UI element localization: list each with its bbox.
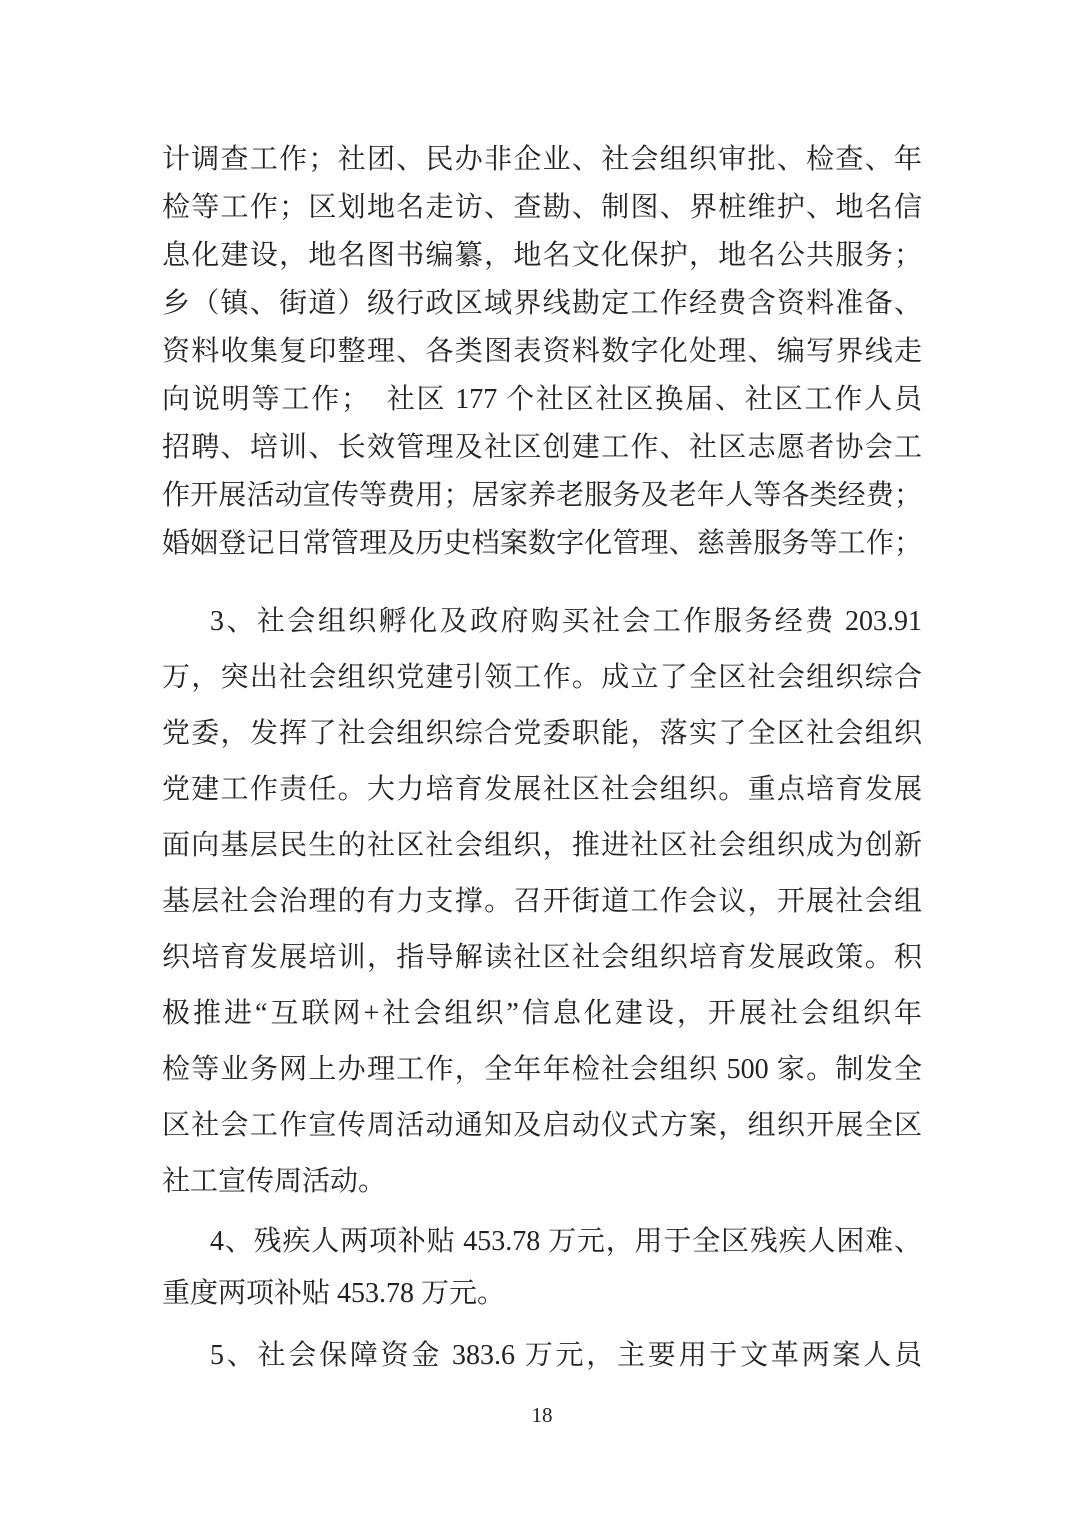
text-line: 向说明等工作； 社区 177 个社区社区换届、社区工作人员 bbox=[162, 376, 922, 424]
text-line: 织培育发展培训，指导解读社区社会组织培育发展政策。积 bbox=[162, 930, 922, 986]
page-number: 18 bbox=[162, 1402, 922, 1428]
text-line: 检等工作；区划地名走访、查勘、制图、界桩维护、地名信 bbox=[162, 184, 922, 232]
text-line: 3、社会组织孵化及政府购买社会工作服务经费 203.91 bbox=[162, 594, 922, 650]
paragraph: 5、社会保障资金 383.6 万元，主要用于文革两案人员 bbox=[162, 1330, 922, 1382]
text-line: 党建工作责任。大力培育发展社区社会组织。重点培育发展 bbox=[162, 762, 922, 818]
text-line: 万，突出社会组织党建引领工作。成立了全区社会组织综合 bbox=[162, 650, 922, 706]
text-line: 4、残疾人两项补贴 453.78 万元，用于全区残疾人困难、 bbox=[162, 1216, 922, 1268]
paragraph: 4、残疾人两项补贴 453.78 万元，用于全区残疾人困难、重度两项补贴 453… bbox=[162, 1216, 922, 1320]
text-line: 婚姻登记日常管理及历史档案数字化管理、慈善服务等工作； bbox=[162, 520, 922, 568]
document-body: 计调查工作；社团、民办非企业、社会组织审批、检查、年检等工作；区划地名走访、查勘… bbox=[162, 136, 922, 1382]
text-line: 作开展活动宣传等费用；居家养老服务及老年人等各类经费； bbox=[162, 472, 922, 520]
paragraph: 3、社会组织孵化及政府购买社会工作服务经费 203.91万，突出社会组织党建引领… bbox=[162, 594, 922, 1210]
text-line: 乡（镇、街道）级行政区域界线勘定工作经费含资料准备、 bbox=[162, 280, 922, 328]
text-line: 5、社会保障资金 383.6 万元，主要用于文革两案人员 bbox=[162, 1330, 922, 1382]
paragraph: 计调查工作；社团、民办非企业、社会组织审批、检查、年检等工作；区划地名走访、查勘… bbox=[162, 136, 922, 568]
text-line: 息化建设，地名图书编纂，地名文化保护，地名公共服务； bbox=[162, 232, 922, 280]
document-page: 计调查工作；社团、民办非企业、社会组织审批、检查、年检等工作；区划地名走访、查勘… bbox=[0, 0, 1074, 1520]
text-line: 检等业务网上办理工作，全年年检社会组织 500 家。制发全 bbox=[162, 1042, 922, 1098]
text-line: 面向基层民生的社区社会组织，推进社区社会组织成为创新 bbox=[162, 818, 922, 874]
text-line: 区社会工作宣传周活动通知及启动仪式方案，组织开展全区 bbox=[162, 1098, 922, 1154]
text-line: 招聘、培训、长效管理及社区创建工作、社区志愿者协会工 bbox=[162, 424, 922, 472]
text-line: 重度两项补贴 453.78 万元。 bbox=[162, 1268, 922, 1320]
text-line: 社工宣传周活动。 bbox=[162, 1154, 922, 1210]
text-line: 计调查工作；社团、民办非企业、社会组织审批、检查、年 bbox=[162, 136, 922, 184]
text-line: 基层社会治理的有力支撑。召开街道工作会议，开展社会组 bbox=[162, 874, 922, 930]
text-line: 资料收集复印整理、各类图表资料数字化处理、编写界线走 bbox=[162, 328, 922, 376]
text-line: 极推进“互联网+社会组织”信息化建设，开展社会组织年 bbox=[162, 986, 922, 1042]
text-line: 党委，发挥了社会组织综合党委职能，落实了全区社会组织 bbox=[162, 706, 922, 762]
